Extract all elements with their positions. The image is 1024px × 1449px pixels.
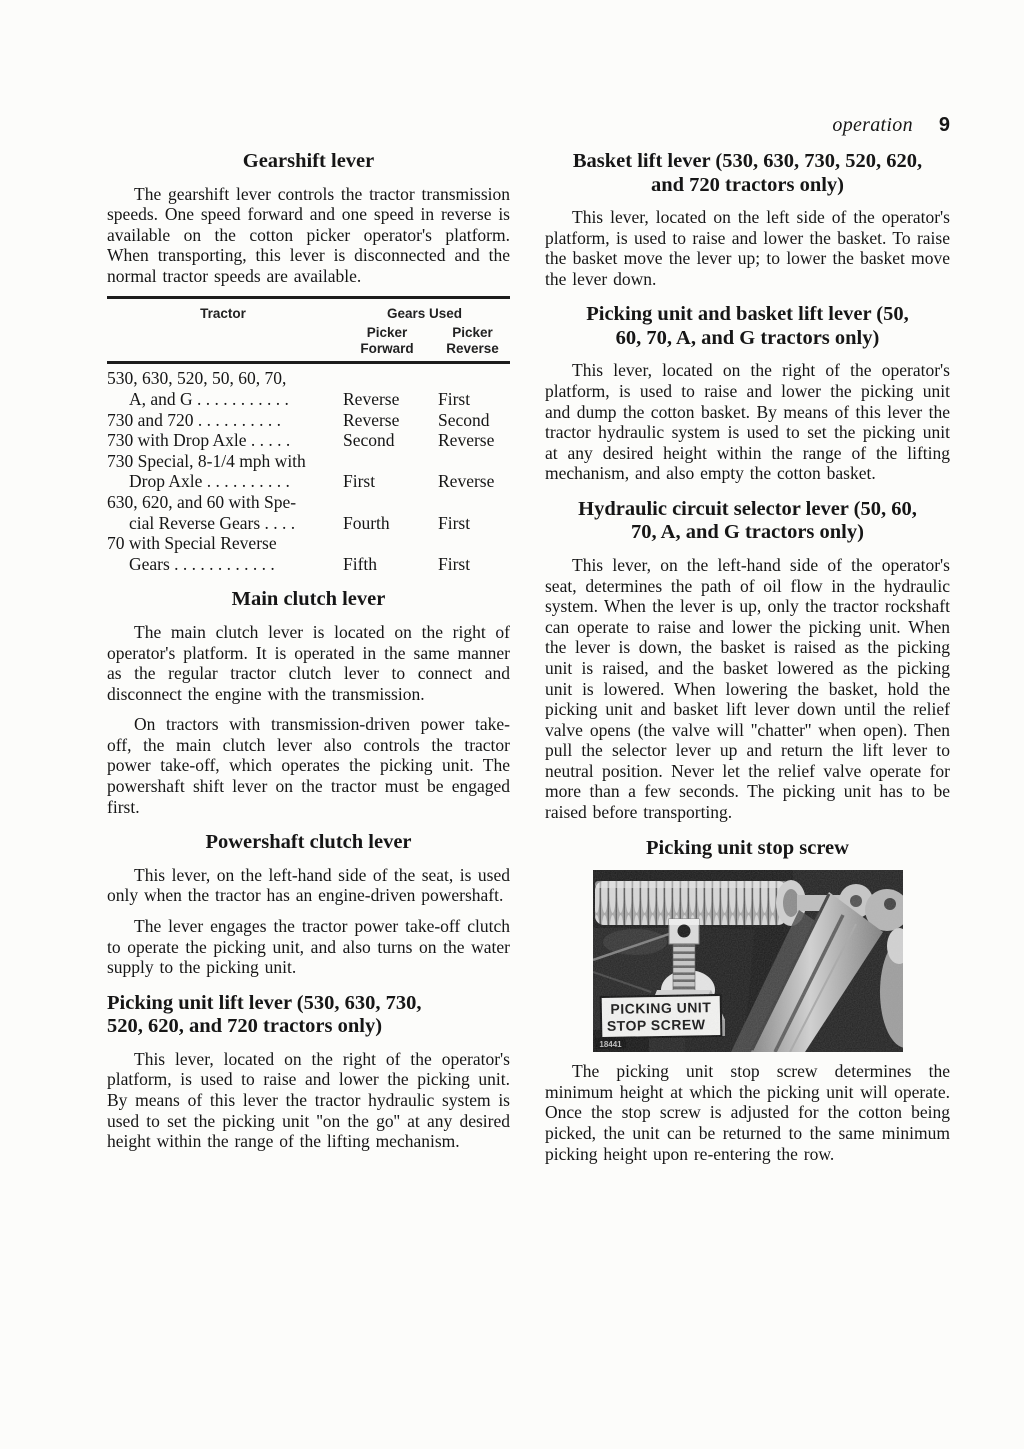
title-line1: Basket lift lever (530, 630, 730, 520, 6… [545,150,950,174]
title-line2: 70, A, and G tractors only) [545,521,950,545]
row-label: cial Reverse Gears . . . . [107,513,343,534]
table-col-header-picker-reverse: PickerReverse [435,325,510,356]
stop-screw-paragraph: The picking unit stop screw determines t… [545,1061,950,1164]
section-title-powershaft-clutch-lever: Powershaft clutch lever [107,831,510,855]
row-label: 70 with Special Reverse [107,533,343,554]
row-label: 630, 620, and 60 with Spe- [107,492,343,513]
row-label: Drop Axle . . . . . . . . . . [107,471,343,492]
gears-table: Tractor Gears Used PickerForward PickerR… [107,296,510,574]
left-column: Gearshift lever The gearshift lever cont… [107,146,510,1162]
table-row: 70 with Special Reverse [107,533,510,554]
title-line2: 520, 620, and 720 tractors only) [107,1015,510,1039]
table-row: 730 and 720 . . . . . . . . . .ReverseSe… [107,410,510,431]
row-label: 730 Special, 8-1/4 mph with [107,451,343,472]
row-reverse: First [438,389,510,410]
stop-screw-photo: PICKING UNIT STOP SCREW 18441 [593,870,903,1052]
table-col-header-picker-forward: PickerForward [339,325,435,356]
manual-page: operation9 Gearshift lever The gearshift… [0,0,1024,1449]
row-forward [343,533,438,554]
section-title-picking-unit-lift-lever: Picking unit lift lever (530, 630, 730, … [107,992,510,1039]
row-forward: Reverse [343,410,438,431]
table-row: 730 with Drop Axle . . . . .SecondRevers… [107,430,510,451]
picking-basket-paragraph: This lever, located on the right of the … [545,360,950,484]
row-forward [343,451,438,472]
row-forward: First [343,471,438,492]
picker-reverse-line2: Reverse [435,341,510,357]
row-reverse [438,492,510,513]
table-row: 730 Special, 8-1/4 mph with [107,451,510,472]
row-reverse: Reverse [438,471,510,492]
table-row: Drop Axle . . . . . . . . . .FirstRevers… [107,471,510,492]
section-title-gearshift-lever: Gearshift lever [107,150,510,174]
row-reverse [438,533,510,554]
gears-table-header: Tractor Gears Used PickerForward PickerR… [107,299,510,364]
row-reverse: Reverse [438,430,510,451]
picker-forward-line2: Forward [339,341,435,357]
table-row: A, and G . . . . . . . . . . .ReverseFir… [107,389,510,410]
row-label: 530, 630, 520, 50, 60, 70, [107,368,343,389]
row-forward: Fifth [343,554,438,575]
running-head: operation9 [0,114,950,137]
section-title-picking-unit-and-basket-lift-lever: Picking unit and basket lift lever (50, … [545,303,950,350]
basket-lift-paragraph: This lever, located on the left side of … [545,207,950,289]
title-line2: 60, 70, A, and G tractors only) [545,327,950,351]
row-forward [343,368,438,389]
powershaft-paragraph-1: This lever, on the left-hand side of the… [107,865,510,906]
table-row: Gears . . . . . . . . . . . .FifthFirst [107,554,510,575]
row-reverse [438,451,510,472]
right-column: Basket lift lever (530, 630, 730, 520, 6… [545,146,950,1174]
table-col-header-tractor: Tractor [107,306,339,321]
main-clutch-paragraph-1: The main clutch lever is located on the … [107,622,510,704]
row-forward [343,492,438,513]
table-header-spacer [107,325,339,356]
gearshift-paragraph: The gearshift lever controls the tractor… [107,184,510,287]
table-col-header-gears-used: Gears Used [339,306,510,321]
row-label: A, and G . . . . . . . . . . . [107,389,343,410]
picking-unit-lift-paragraph: This lever, located on the right of the … [107,1049,510,1152]
running-title: operation [832,114,912,136]
scan-grain-overlay [593,870,903,1052]
row-reverse: First [438,513,510,534]
row-forward: Second [343,430,438,451]
picker-forward-line1: Picker [339,325,435,341]
row-label: 730 and 720 . . . . . . . . . . [107,410,343,431]
title-line1: Hydraulic circuit selector lever (50, 60… [545,498,950,522]
row-label: Gears . . . . . . . . . . . . [107,554,343,575]
picker-reverse-line1: Picker [435,325,510,341]
hydraulic-paragraph: This lever, on the left-hand side of the… [545,555,950,823]
row-forward: Fourth [343,513,438,534]
row-reverse [438,368,510,389]
table-row: cial Reverse Gears . . . .FourthFirst [107,513,510,534]
title-line1: Picking unit lift lever (530, 630, 730, [107,992,510,1016]
section-title-basket-lift-lever: Basket lift lever (530, 630, 730, 520, 6… [545,150,950,197]
section-title-main-clutch-lever: Main clutch lever [107,588,510,612]
row-reverse: First [438,554,510,575]
title-line1: Picking unit and basket lift lever (50, [545,303,950,327]
page-number: 9 [939,114,950,136]
powershaft-paragraph-2: The lever engages the tractor power take… [107,916,510,978]
gears-table-body: 530, 630, 520, 50, 60, 70, A, and G . . … [107,364,510,574]
title-line2: and 720 tractors only) [545,174,950,198]
row-label: 730 with Drop Axle . . . . . [107,430,343,451]
row-reverse: Second [438,410,510,431]
section-title-hydraulic-circuit-selector-lever: Hydraulic circuit selector lever (50, 60… [545,498,950,545]
stop-screw-photo-illustration: PICKING UNIT STOP SCREW 18441 [593,870,903,1052]
main-clutch-paragraph-2: On tractors with transmission-driven pow… [107,714,510,817]
row-forward: Reverse [343,389,438,410]
table-row: 630, 620, and 60 with Spe- [107,492,510,513]
table-row: 530, 630, 520, 50, 60, 70, [107,368,510,389]
section-title-picking-unit-stop-screw: Picking unit stop screw [545,837,950,861]
